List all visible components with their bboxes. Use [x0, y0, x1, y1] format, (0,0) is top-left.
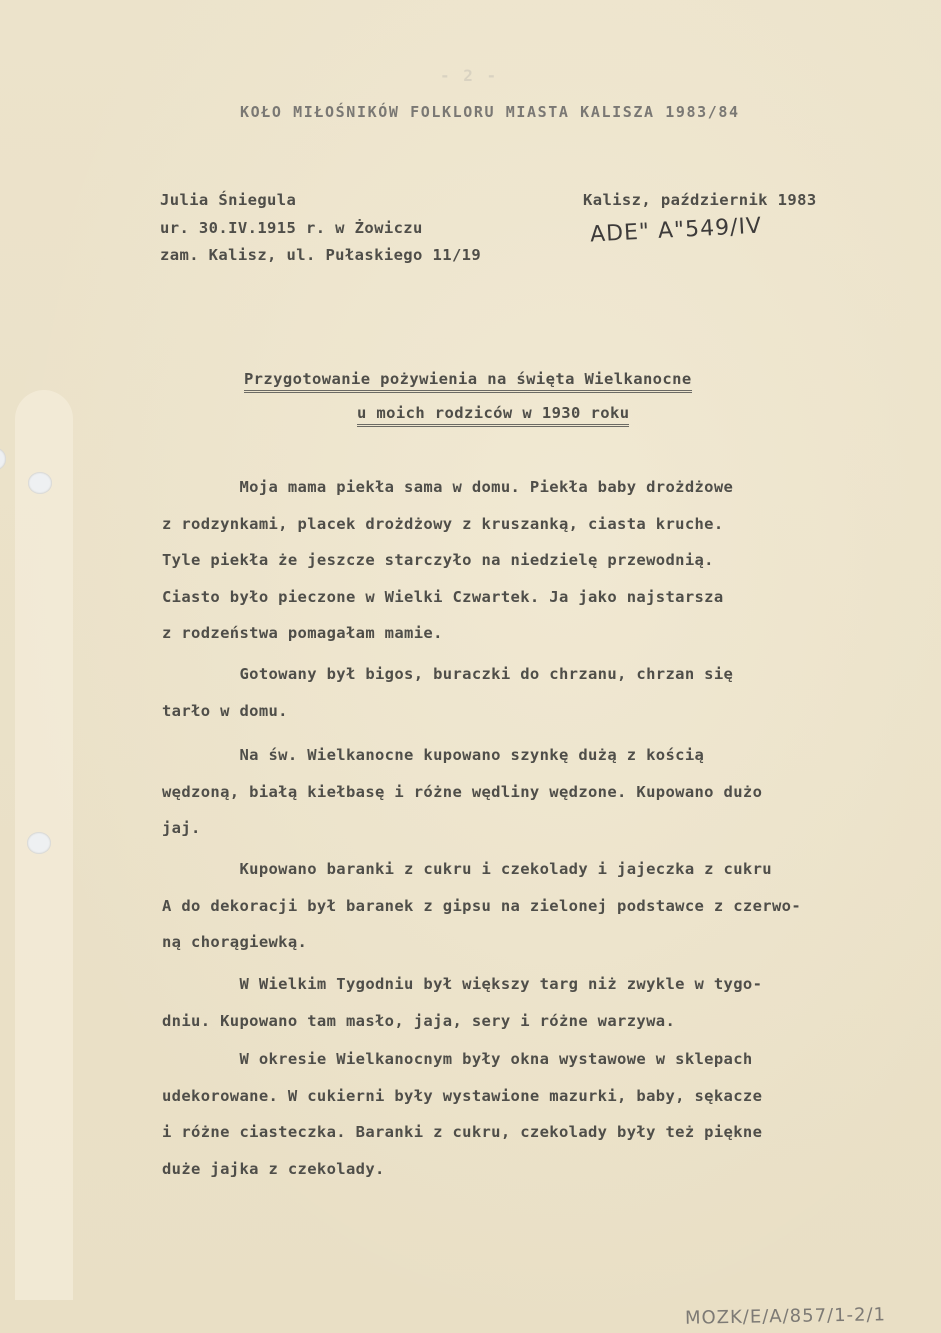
- text-line: Kupowano baranki z cukru i czekolady i j…: [162, 860, 912, 897]
- document-page: - 2 - KOŁO MIŁOŚNIKÓW FOLKLORU MIASTA KA…: [0, 0, 941, 1333]
- text-line: dniu. Kupowano tam masło, jaja, sery i r…: [162, 1012, 912, 1049]
- handwritten-archive-code: ADE" A"549/IV: [589, 214, 762, 248]
- text-line: z rodzynkami, placek drożdżowy z kruszan…: [162, 515, 912, 552]
- text-line: A do dekoracji był baranek z gipsu na zi…: [162, 897, 912, 934]
- paragraph-3: Na św. Wielkanocne kupowano szynkę dużą …: [162, 746, 912, 856]
- text-line: Moja mama piekła sama w domu. Piekła bab…: [162, 478, 912, 515]
- text-line: wędzoną, białą kiełbasę i różne wędliny …: [162, 783, 912, 820]
- paragraph-6: W okresie Wielkanocnym były okna wystawo…: [162, 1050, 912, 1196]
- title-text-2: u moich rodziców w 1930 roku: [357, 404, 630, 427]
- text-line: duże jajka z czekolady.: [162, 1160, 912, 1197]
- punch-hole-bottom: [27, 832, 51, 854]
- text-line: W okresie Wielkanocnym były okna wystawo…: [162, 1050, 912, 1087]
- punch-hole-top: [28, 472, 52, 494]
- paragraph-2: Gotowany był bigos, buraczki do chrzanu,…: [162, 665, 912, 738]
- text-line: ną chorągiewką.: [162, 933, 912, 970]
- text-line: Gotowany był bigos, buraczki do chrzanu,…: [162, 665, 912, 702]
- text-line: z rodzeństwa pomagałam mamie.: [162, 624, 912, 661]
- author-birth: ur. 30.IV.1915 r. w Żowiczu: [160, 219, 423, 237]
- place-date: Kalisz, październik 1983: [583, 191, 817, 209]
- paragraph-5: W Wielkim Tygodniu był większy targ niż …: [162, 975, 912, 1048]
- text-line: Na św. Wielkanocne kupowano szynkę dużą …: [162, 746, 912, 783]
- text-line: udekorowane. W cukierni były wystawione …: [162, 1087, 912, 1124]
- text-line: jaj.: [162, 819, 912, 856]
- punch-hole-edge: [0, 448, 6, 470]
- author-name: Julia Śniegula: [160, 191, 296, 209]
- bleed-through-page-number: - 2 -: [440, 66, 498, 85]
- paragraph-4: Kupowano baranki z cukru i czekolady i j…: [162, 860, 912, 970]
- title-line-2: u moich rodziców w 1930 roku: [318, 386, 629, 440]
- paragraph-1: Moja mama piekła sama w domu. Piekła bab…: [162, 478, 912, 661]
- text-line: Ciasto było pieczone w Wielki Czwartek. …: [162, 588, 912, 625]
- catalog-signature: MOZK/E/A/857/1-2/1: [685, 1304, 886, 1329]
- text-line: Tyle piekła że jeszcze starczyło na nied…: [162, 551, 912, 588]
- author-address: zam. Kalisz, ul. Pułaskiego 11/19: [160, 246, 481, 264]
- text-line: tarło w domu.: [162, 702, 912, 739]
- organization-header: KOŁO MIŁOŚNIKÓW FOLKLORU MIASTA KALISZA …: [240, 103, 740, 121]
- text-line: W Wielkim Tygodniu był większy targ niż …: [162, 975, 912, 1012]
- text-line: i różne ciasteczka. Baranki z cukru, cze…: [162, 1123, 912, 1160]
